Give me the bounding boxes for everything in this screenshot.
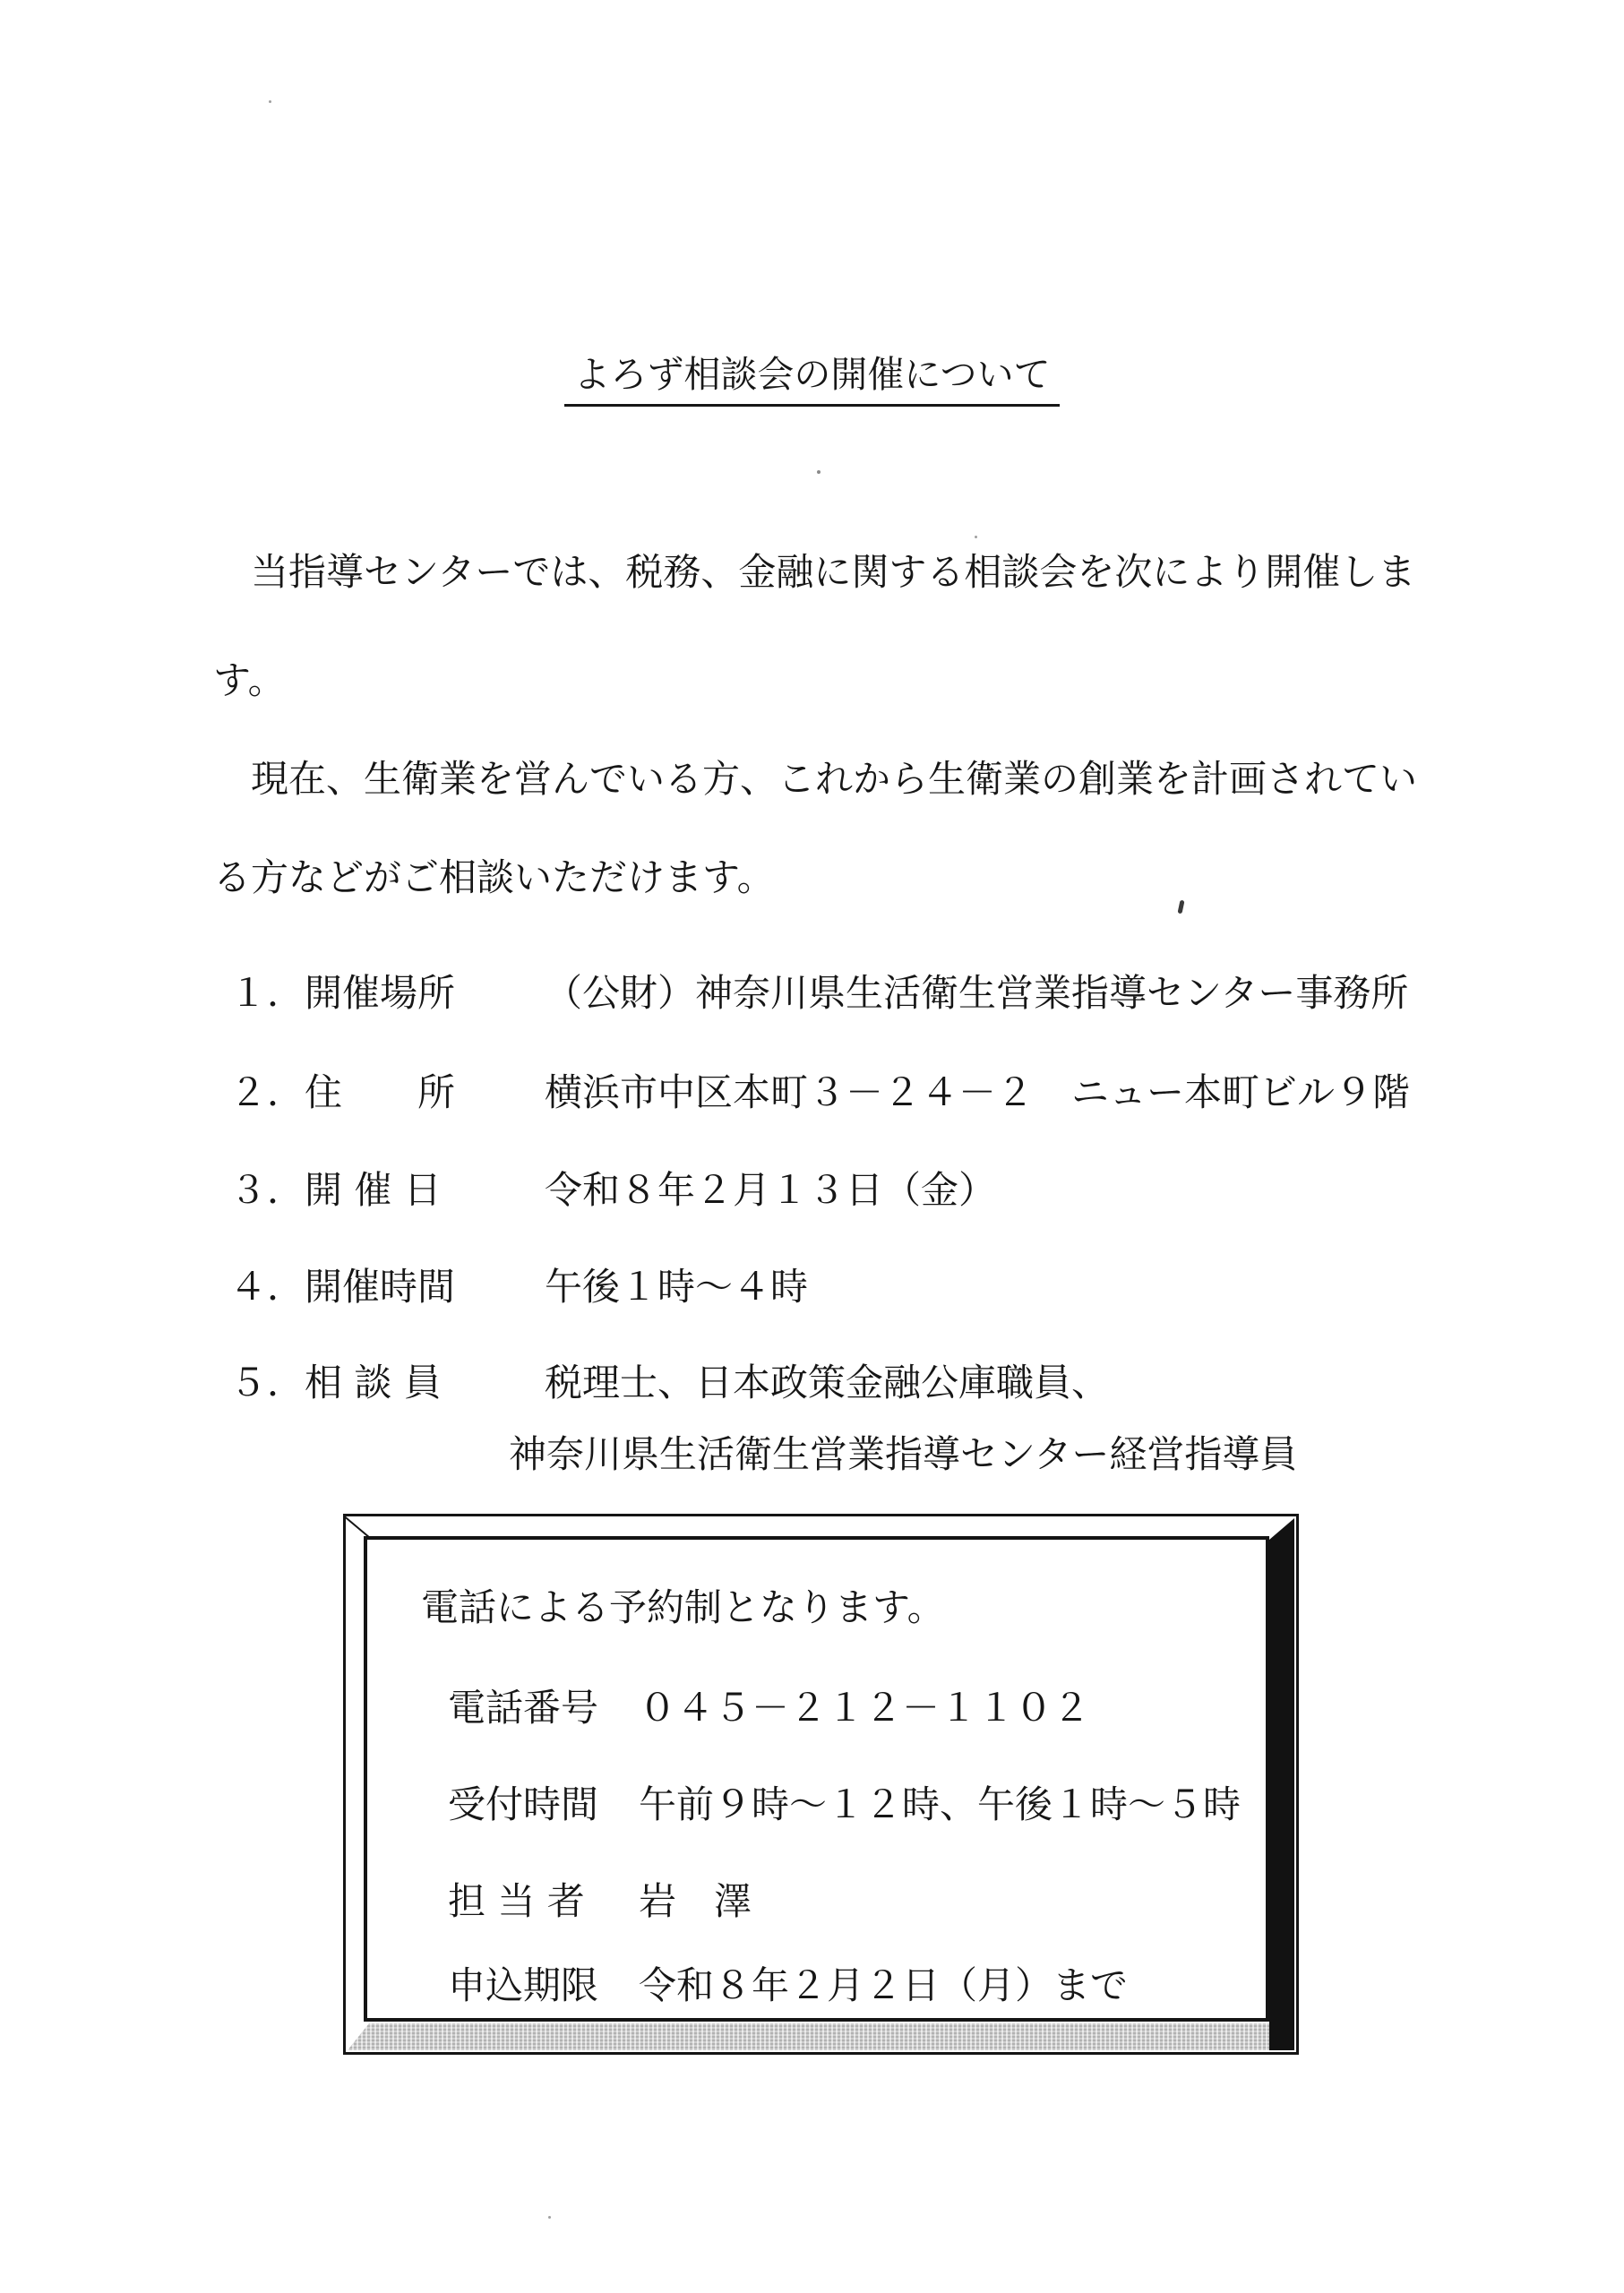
hours-value: 午前９時～１２時、午後１時～５時 bbox=[639, 1782, 1241, 1826]
hours-label: 受付時間 bbox=[448, 1783, 639, 1826]
deadline-label: 申込期限 bbox=[448, 1964, 639, 2007]
list-item-date-label: ３．開 催 日 bbox=[229, 1169, 545, 1212]
list-item-address-value: 横浜市中区本町３－２４－２ ニュー本町ビル９階 bbox=[545, 1070, 1410, 1114]
paragraph-1-line-2: す。 bbox=[213, 659, 286, 702]
list-item-counselors-label: ５．相 談 員 bbox=[229, 1361, 545, 1404]
frame-bevel-right bbox=[1269, 1518, 1294, 2050]
list-item-counselors-continuation: 神奈川県生活衛生営業指導センター経営指導員 bbox=[509, 1433, 1297, 1476]
scan-speck bbox=[1177, 900, 1184, 915]
scan-speck bbox=[975, 536, 977, 538]
scan-speck bbox=[269, 100, 271, 103]
paragraph-2-line-1: 現在、生衛業を営んでいる方、これから生衛業の創業を計画されてい bbox=[213, 758, 1417, 801]
contact-value: 岩 澤 bbox=[639, 1879, 752, 1923]
scanned-document-page: よろず相談会の開催について 当指導センターでは、税務、金融に関する相談会を次によ… bbox=[0, 0, 1624, 2293]
list-item-counselors: ５．相 談 員税理士、日本政策金融公庫職員、 bbox=[229, 1361, 1109, 1404]
deadline-value: 令和８年２月２日（月）まで bbox=[639, 1963, 1128, 2007]
reservation-row-deadline: 申込期限令和８年２月２日（月）まで bbox=[448, 1964, 1128, 2007]
paragraph-1-line-1: 当指導センターでは、税務、金融に関する相談会を次により開催しま bbox=[213, 551, 1415, 594]
list-item-date: ３．開 催 日令和８年２月１３日（金） bbox=[229, 1169, 996, 1212]
frame-miter-top-left bbox=[345, 1516, 369, 1537]
list-item-venue-label: １．開催場所 bbox=[229, 972, 545, 1015]
reservation-box-frame: 電話による予約制となります。 電話番号０４５－２１２－１１０２ 受付時間午前９時… bbox=[343, 1514, 1299, 2055]
phone-value: ０４５－２１２－１１０２ bbox=[639, 1686, 1090, 1730]
document-title: よろず相談会の開催について bbox=[564, 355, 1059, 407]
list-item-time-label: ４．開催時間 bbox=[229, 1266, 545, 1309]
scan-speck bbox=[548, 2216, 551, 2219]
list-item-address: ２．住 所横浜市中区本町３－２４－２ ニュー本町ビル９階 bbox=[229, 1071, 1410, 1114]
contact-label: 担 当 者 bbox=[448, 1880, 639, 1923]
frame-bevel-bottom bbox=[348, 2023, 1269, 2050]
list-item-time: ４．開催時間午後１時～４時 bbox=[229, 1266, 808, 1309]
list-item-counselors-value: 税理士、日本政策金融公庫職員、 bbox=[545, 1361, 1109, 1404]
list-item-venue-value: （公財）神奈川県生活衛生営業指導センター事務所 bbox=[545, 971, 1408, 1015]
reservation-row-contact: 担 当 者岩 澤 bbox=[448, 1880, 752, 1923]
list-item-address-label: ２．住 所 bbox=[229, 1071, 545, 1114]
reservation-row-phone: 電話番号０４５－２１２－１１０２ bbox=[448, 1687, 1090, 1730]
list-item-venue: １．開催場所（公財）神奈川県生活衛生営業指導センター事務所 bbox=[229, 972, 1408, 1015]
reservation-row-hours: 受付時間午前９時～１２時、午後１時～５時 bbox=[448, 1783, 1241, 1826]
title-row: よろず相談会の開催について bbox=[0, 355, 1624, 407]
phone-label: 電話番号 bbox=[448, 1687, 639, 1730]
scan-speck bbox=[817, 470, 821, 474]
list-item-date-value: 令和８年２月１３日（金） bbox=[545, 1168, 996, 1212]
list-item-time-value: 午後１時～４時 bbox=[545, 1265, 808, 1309]
paragraph-2-line-2: る方などがご相談いただけます。 bbox=[213, 856, 775, 899]
reservation-heading: 電話による予約制となります。 bbox=[421, 1586, 945, 1629]
